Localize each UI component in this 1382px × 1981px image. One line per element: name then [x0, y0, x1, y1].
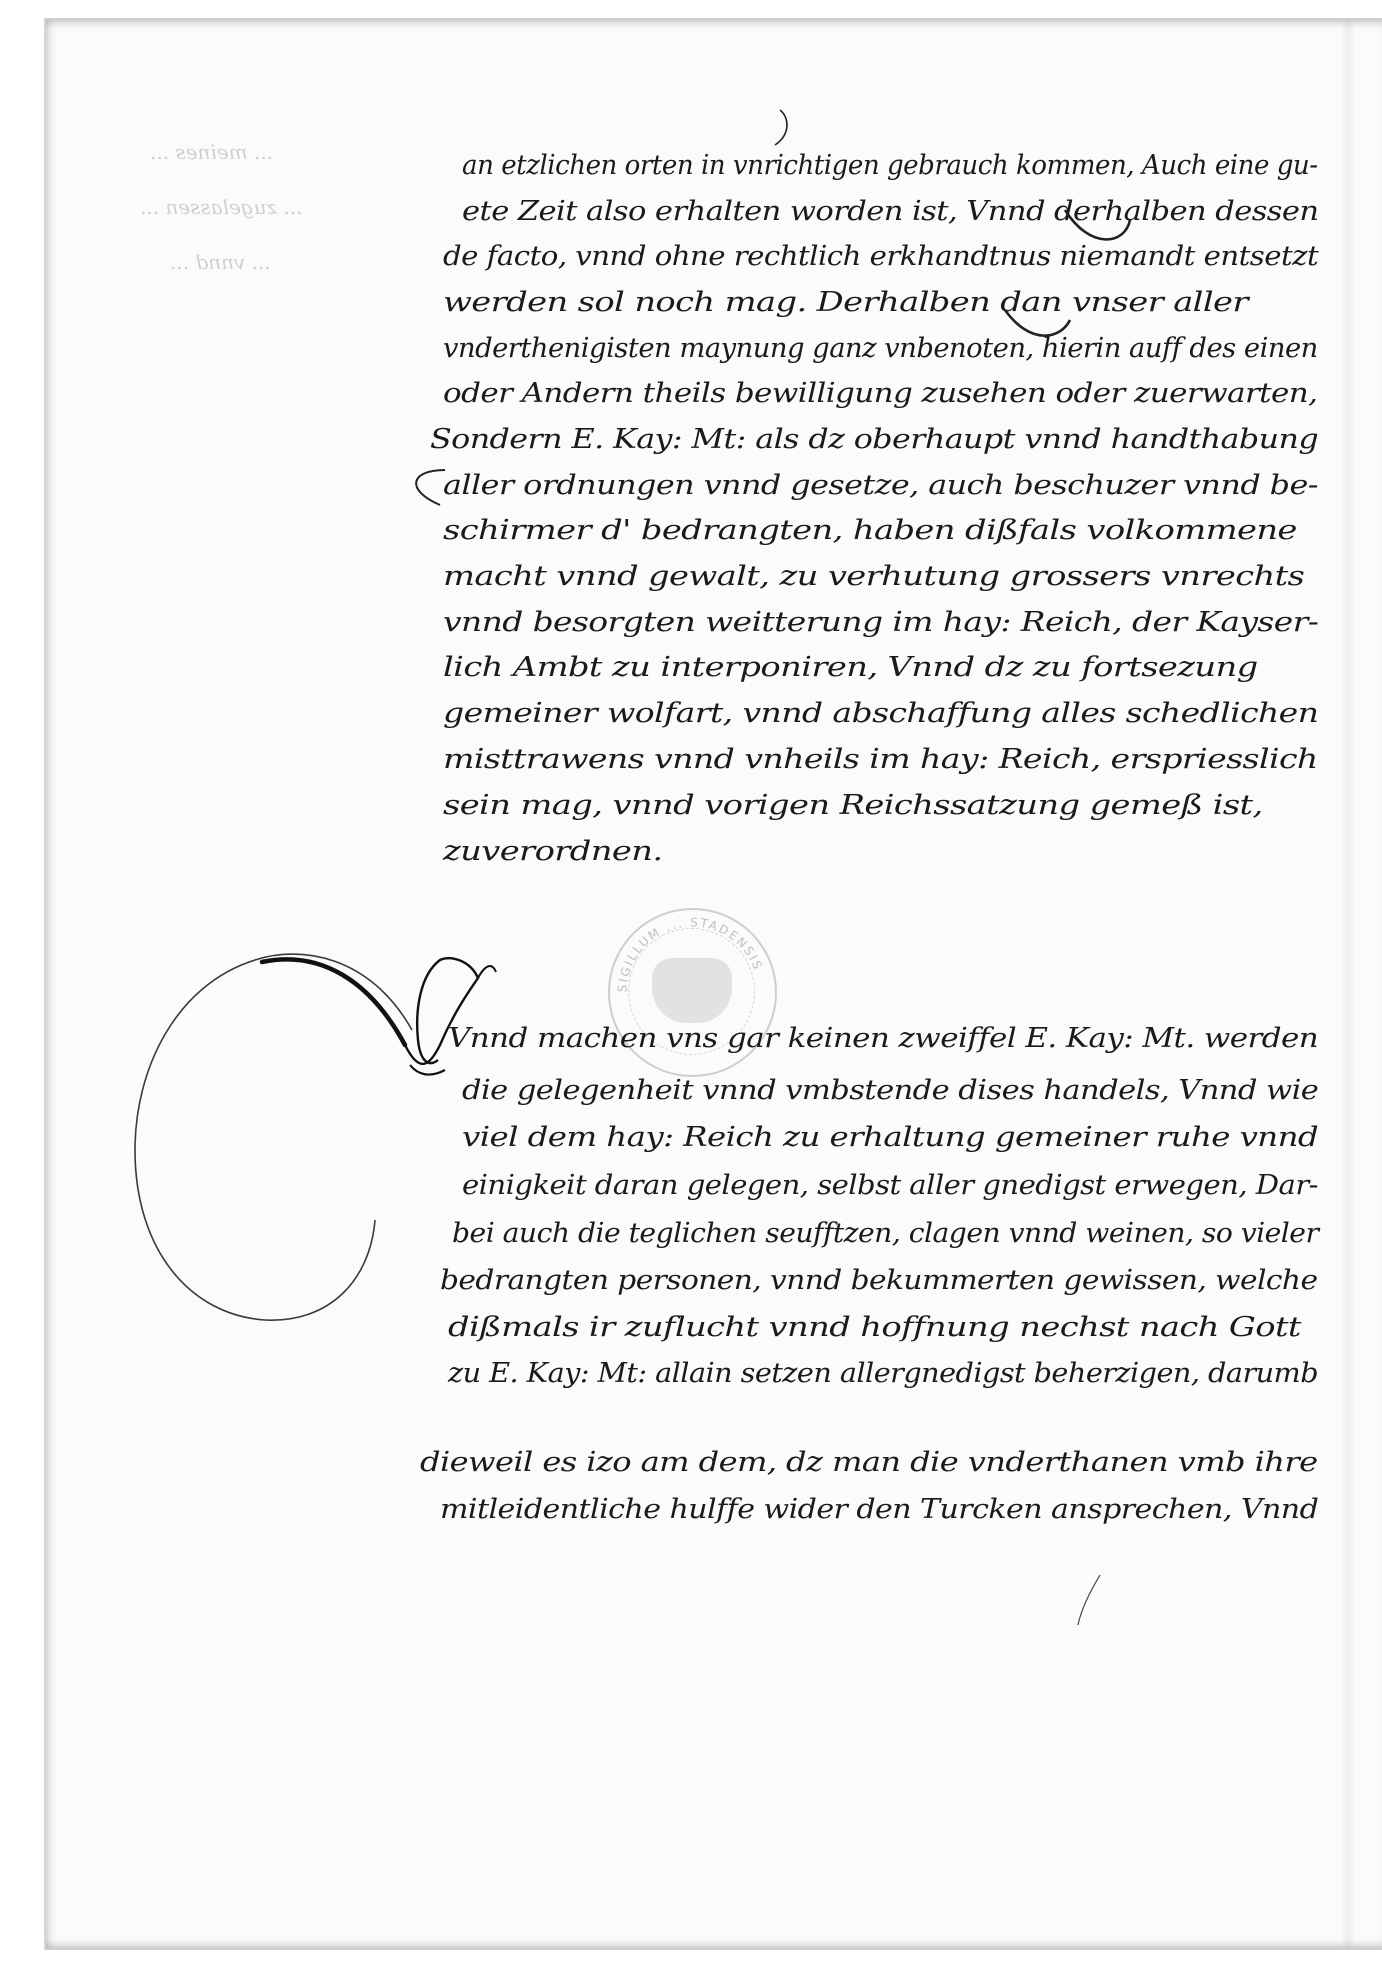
- pen-flourishes: [0, 0, 1382, 1981]
